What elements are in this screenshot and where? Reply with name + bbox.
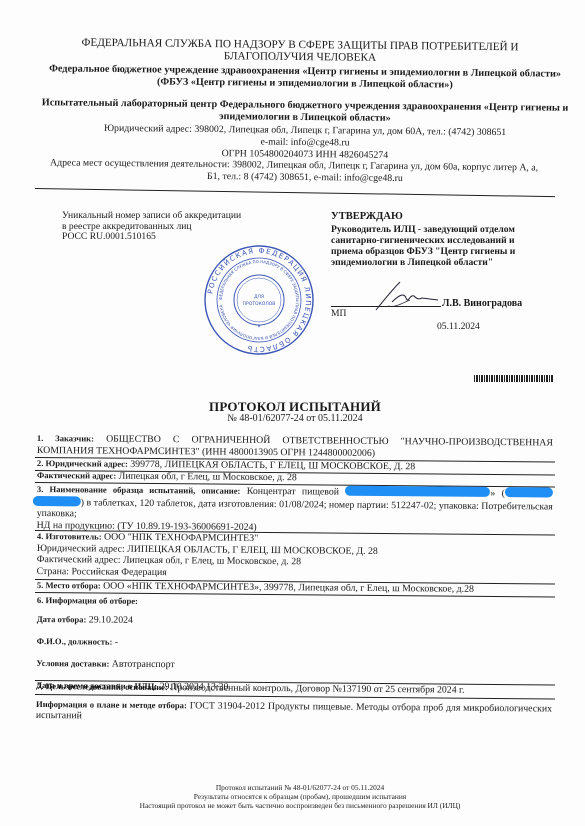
svg-text:*: * — [258, 325, 261, 331]
sample-quote-close: » ( — [490, 488, 505, 499]
manufacturer-value: ООО "НПК ТЕХНОФАРМСИНТЕЗ" — [104, 532, 258, 544]
purpose-label: 7. Цель исследований, основание: — [37, 681, 168, 692]
redacted-product-alt-name-cont — [33, 495, 81, 505]
sampling-date-label: Дата отбора: — [37, 614, 87, 624]
accreditation-block: Уникальный номер записи об аккредитации … — [62, 211, 252, 243]
manufacturer-label: 4. Изготовитель: — [37, 531, 102, 542]
section-sampling-info: 6. Информация об отборе: Дата отбора: 29… — [36, 594, 553, 725]
barcode-icon — [474, 375, 554, 382]
customer-label: 1. Заказчик: — [37, 433, 94, 443]
accreditation-number: РОСС RU.0001.510165 — [62, 232, 252, 243]
legal-address-label: 2. Юридический адрес: — [37, 458, 128, 469]
protocol-number: № 48-01/62077-24 от 05.11.2024 — [150, 413, 440, 424]
redacted-product-name — [345, 486, 490, 497]
institution-name: Федеральное бюджетное учреждение здравоо… — [25, 63, 585, 93]
page-footer: Протокол испытаний № 48-01/62077-24 от 0… — [40, 783, 560, 810]
sample-label: 3. Наименование образца испытаний, описа… — [37, 484, 241, 496]
agency-name: ФЕДЕРАЛЬНАЯ СЛУЖБА ПО НАДЗОРУ В СФЕРЕ ЗА… — [40, 36, 560, 65]
section-sample: 3. Наименование образца испытаний, описа… — [37, 483, 553, 536]
approval-title: УТВЕРЖДАЮ — [331, 211, 403, 222]
sampling-date-value: 29.10.2024 — [89, 614, 133, 625]
document-page: ФЕДЕРАЛЬНАЯ СЛУЖБА ПО НАДЗОРУ В СФЕРЕ ЗА… — [0, 0, 585, 826]
purpose-value: Производственный контроль, Договор №1371… — [170, 682, 464, 696]
signatory-name: Л.В. Виноградова — [442, 298, 522, 309]
section-customer: 1. Заказчик: ОБЩЕСТВО С ОГРАНИЧЕННОЙ ОТВ… — [37, 433, 553, 461]
svg-text:ПРОТОКОЛОВ: ПРОТОКОЛОВ — [243, 301, 276, 307]
section-manufacturer: 4. Изготовитель: ООО "НПК ТЕХНОФАРМСИНТЕ… — [37, 531, 553, 582]
footer-results-note: Результаты относятся к образцам (пробам)… — [40, 792, 560, 801]
svg-text:ДЛЯ: ДЛЯ — [254, 294, 264, 300]
delivery-conditions-label: Условия доставки: — [36, 658, 109, 669]
seal-place-label: МП — [331, 308, 346, 319]
signature-line — [331, 306, 441, 307]
redacted-product-alt-name — [505, 487, 553, 497]
approver-position: Руководитель ИЛЦ - заведующий отделом са… — [331, 224, 531, 268]
delivery-conditions-value: Автотранспорт — [112, 659, 175, 671]
person-label: Ф.И.О., должность: — [37, 636, 113, 647]
official-stamp-icon: РОССИЙСКАЯ ФЕДЕРАЦИЯ ЛИПЕЦКАЯ ОБЛАСТЬ ФЕ… — [203, 244, 315, 356]
accreditation-line-1: Уникальный номер записи об аккредитации — [62, 211, 252, 222]
header-divider — [35, 188, 555, 197]
sample-value-start: Концентрат пищевой — [247, 486, 339, 498]
approval-date: 05.11.2024 — [437, 321, 480, 332]
footer-reproduction-note: Настоящий протокол не может быть частичн… — [40, 801, 560, 810]
sampling-place-label: 5. Место отбора: — [37, 580, 101, 591]
footer-protocol-ref: Протокол испытаний № 48-01/62077-24 от 0… — [40, 783, 560, 792]
person-value: - — [115, 637, 118, 648]
sample-value-rest: ) в таблетках, 120 таблеток, дата изгото… — [37, 497, 553, 519]
activity-address: Адреса мест осуществления деятельности: … — [50, 157, 560, 186]
customer-value: ОБЩЕСТВО С ОГРАНИЧЕННОЙ ОТВЕТСТВЕННОСТЬЮ… — [37, 434, 553, 459]
sampling-method-label: Информация о плане и методе отбора: — [36, 699, 187, 710]
signature-icon — [370, 278, 440, 314]
